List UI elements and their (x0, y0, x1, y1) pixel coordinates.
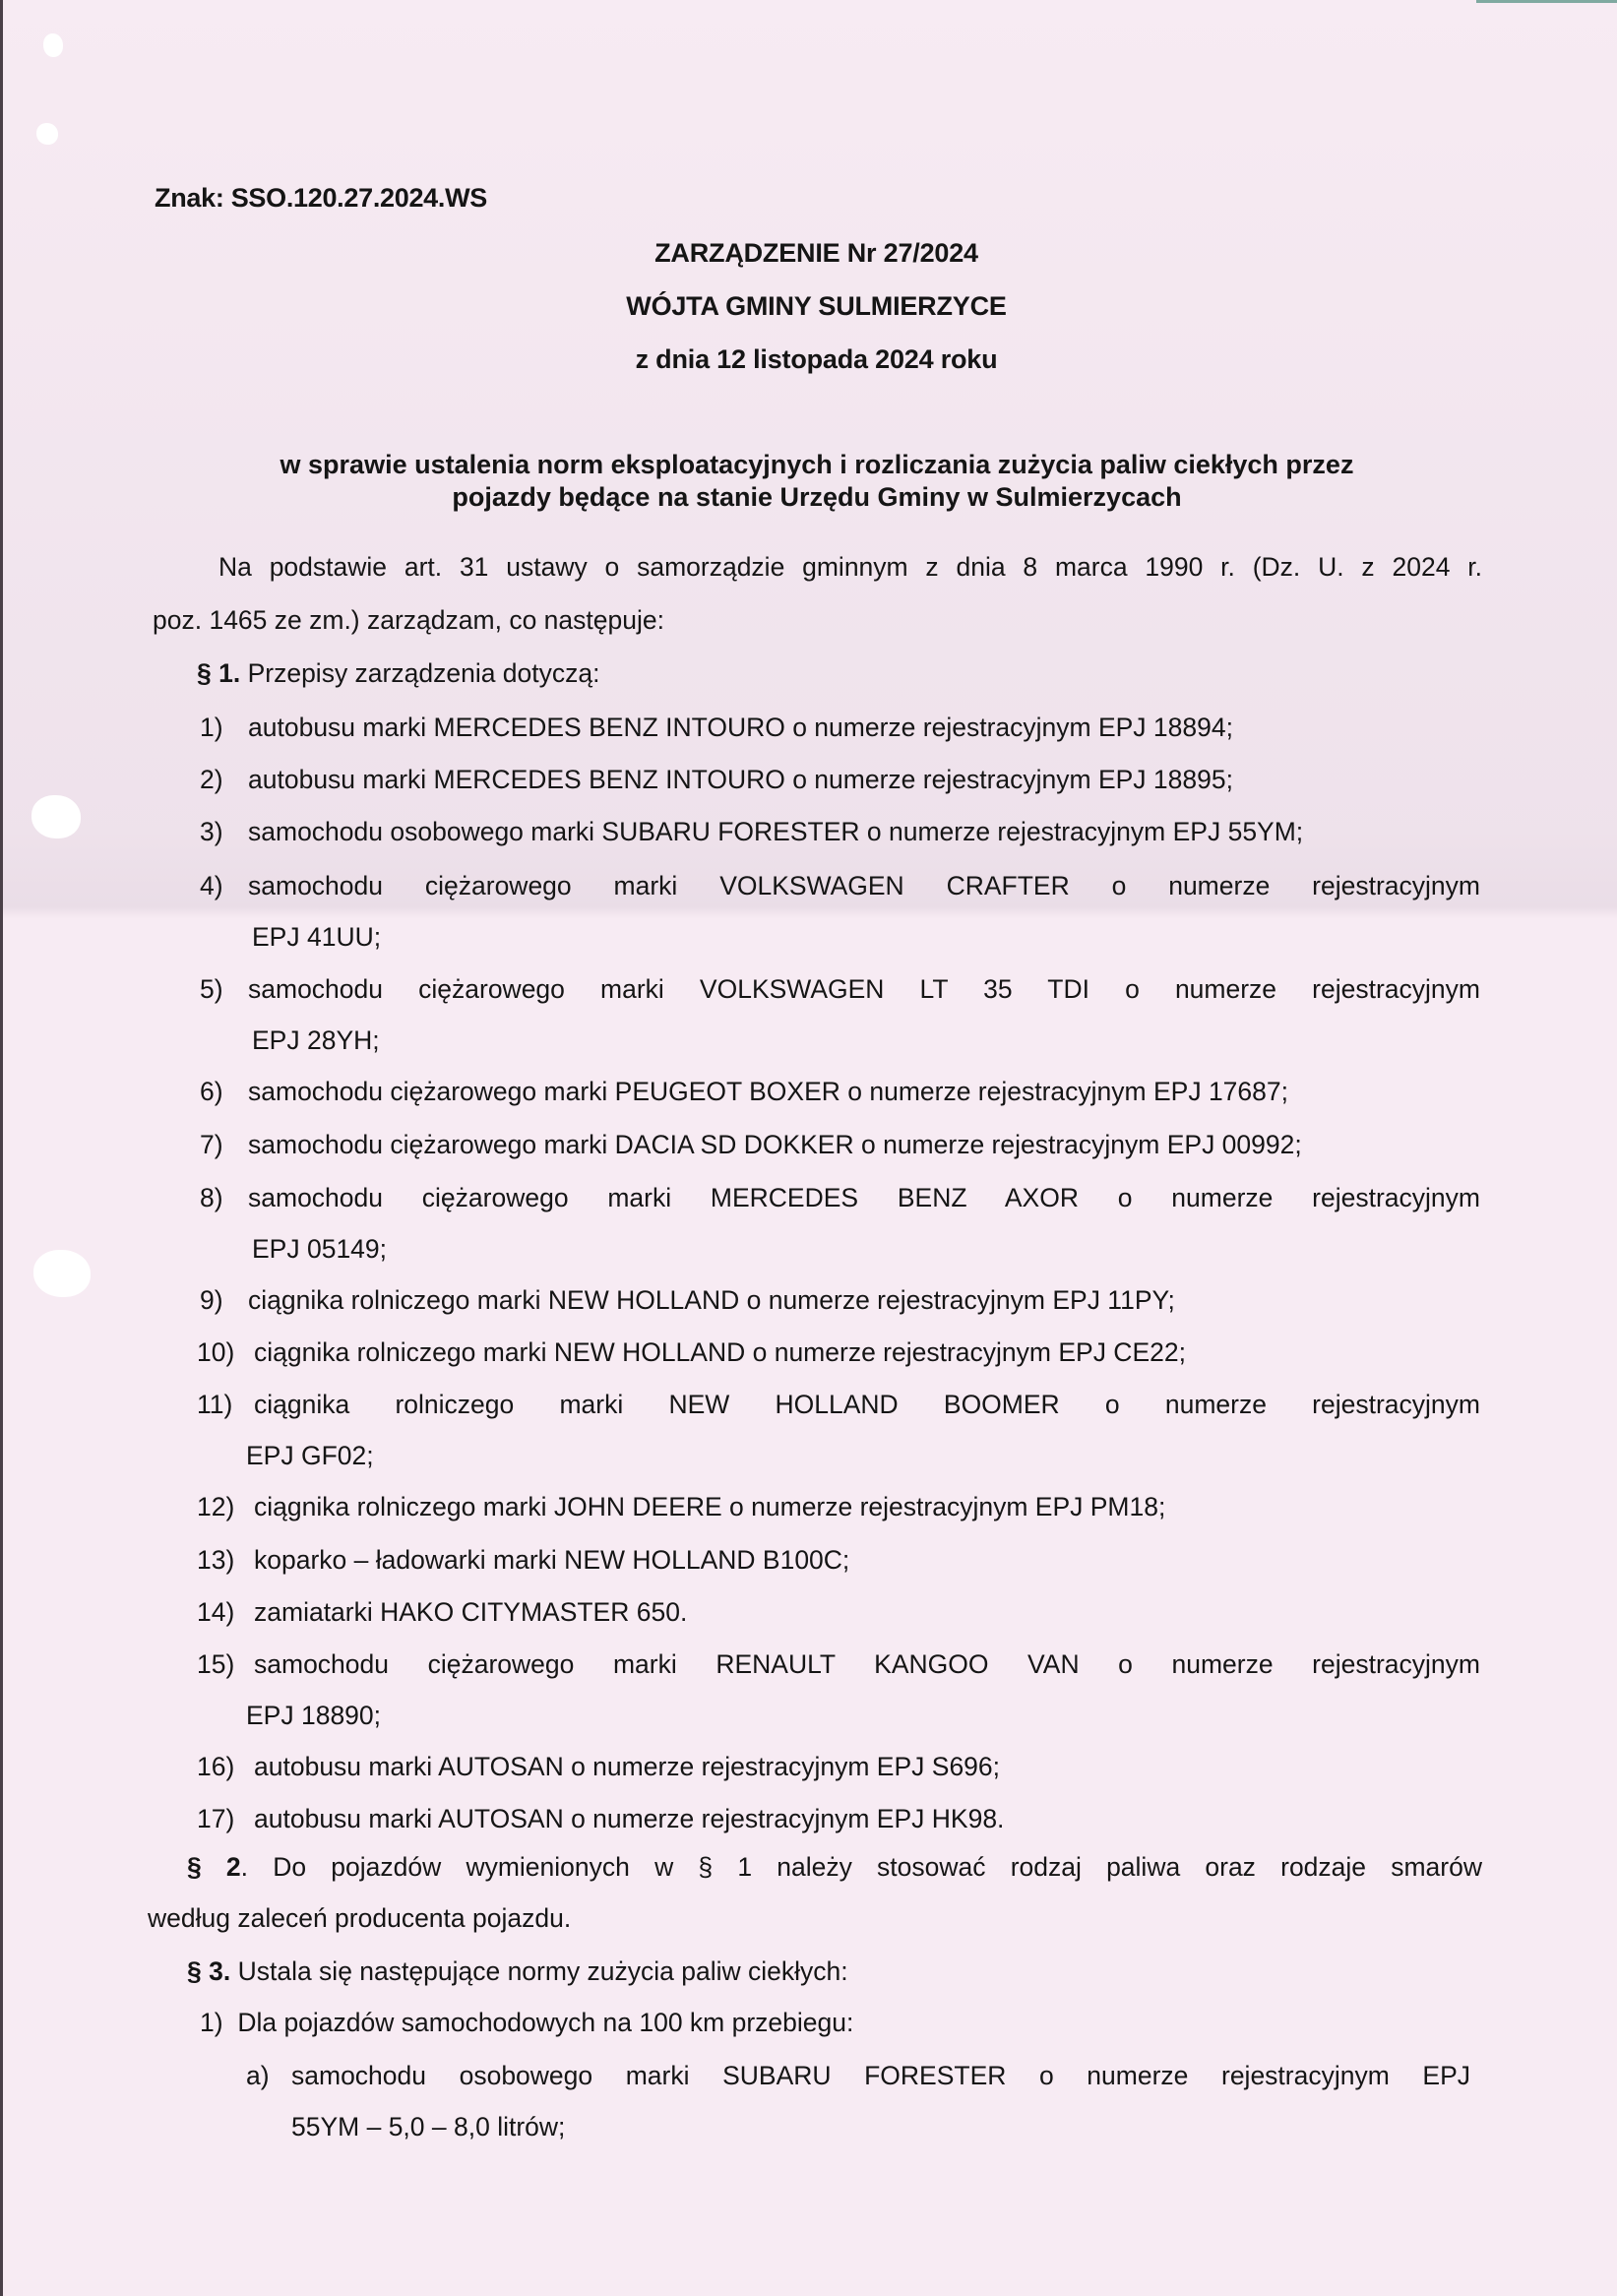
document-issuer: WÓJTA GMINY SULMIERZYCE (8, 291, 1617, 322)
section-2-line: § 2. Do pojazdów wymienionych w § 1 nale… (187, 1852, 1482, 1882)
list-item: ciągnika rolniczego marki NEW HOLLAND o … (248, 1285, 1175, 1315)
list-item-number: 8) (200, 1183, 223, 1212)
punch-hole (43, 33, 63, 57)
preamble-line: Na podstawie art. 31 ustawy o samorządzi… (218, 552, 1482, 582)
list-item-number: 15) (197, 1649, 234, 1679)
list-item-number: 4) (200, 871, 223, 900)
list-item: autobusu marki MERCEDES BENZ INTOURO o n… (248, 713, 1233, 742)
list-item: autobusu marki AUTOSAN o numerze rejestr… (254, 1804, 1004, 1833)
list-item-number: 11) (197, 1390, 232, 1419)
list-item-number: 5) (200, 974, 223, 1004)
scan-edge-top (1476, 0, 1617, 3)
punch-hole (36, 123, 58, 145)
list-item: autobusu marki MERCEDES BENZ INTOURO o n… (248, 765, 1233, 794)
subject-line: pojazdy będące na stanie Urzędu Gminy w … (157, 481, 1476, 514)
section-3-letter-item-line: 55YM – 5,0 – 8,0 litrów; (291, 2112, 565, 2141)
scanned-page: Znak: SSO.120.27.2024.WS ZARZĄDZENIE Nr … (0, 0, 1617, 2296)
list-item-number: 1) (200, 713, 223, 742)
list-item: ciągnika rolniczego marki JOHN DEERE o n… (254, 1492, 1165, 1521)
list-item: samochodu osobowego marki SUBARU FORESTE… (248, 817, 1303, 846)
list-item-number: 10) (197, 1337, 234, 1367)
list-item: samochodu ciężarowego marki RENAULT KANG… (254, 1649, 1480, 1679)
section-3-letter-item-line: samochodu osobowego marki SUBARU FORESTE… (291, 2061, 1470, 2090)
list-item: zamiatarki HAKO CITYMASTER 650. (254, 1597, 687, 1627)
list-item-number: 17) (197, 1804, 234, 1833)
scan-edge (0, 0, 3, 2296)
list-item-number: 2) (200, 765, 223, 794)
list-item: koparko – ładowarki marki NEW HOLLAND B1… (254, 1545, 849, 1575)
section-3-letter-item: a) (246, 2061, 270, 2090)
list-item-number: 9) (200, 1285, 223, 1315)
section-3-heading: § 3. Ustala się następujące normy zużyci… (187, 1956, 848, 1986)
section-3-subitem: 1) Dla pojazdów samochodowych na 100 km … (200, 2008, 853, 2037)
list-item-continuation: EPJ GF02; (246, 1441, 374, 1470)
list-item-continuation: EPJ 05149; (252, 1234, 387, 1264)
section-mark: § 1. (197, 658, 240, 688)
list-item-number: 14) (197, 1597, 234, 1627)
document-reference: Znak: SSO.120.27.2024.WS (155, 183, 487, 214)
list-item: autobusu marki AUTOSAN o numerze rejestr… (254, 1752, 1000, 1781)
punch-hole (33, 1250, 91, 1297)
subject-line: w sprawie ustalenia norm eksploatacyjnyc… (157, 449, 1476, 481)
section-heading-text: Ustala się następujące normy zużycia pal… (238, 1956, 848, 1986)
preamble-line: poz. 1465 ze zm.) zarządzam, co następuj… (153, 605, 664, 635)
list-item-number: 3) (200, 817, 223, 846)
list-item-number: 13) (197, 1545, 234, 1575)
section-2-line: według zaleceń producenta pojazdu. (148, 1903, 571, 1933)
list-item-continuation: EPJ 18890; (246, 1701, 381, 1730)
list-item: samochodu ciężarowego marki DACIA SD DOK… (248, 1130, 1302, 1159)
list-item: samochodu ciężarowego marki PEUGEOT BOXE… (248, 1077, 1288, 1106)
list-item-continuation: EPJ 41UU; (252, 922, 381, 952)
document-title: ZARZĄDZENIE Nr 27/2024 (8, 238, 1617, 269)
list-item-number: 12) (197, 1492, 234, 1521)
section-mark: § 3. (187, 1956, 230, 1986)
section-1-heading: § 1. Przepisy zarządzenia dotyczą: (197, 658, 600, 688)
list-item: samochodu ciężarowego marki VOLKSWAGEN C… (248, 871, 1480, 900)
list-item-number: 16) (197, 1752, 234, 1781)
list-item-continuation: EPJ 28YH; (252, 1025, 380, 1055)
list-item: ciągnika rolniczego marki NEW HOLLAND o … (254, 1337, 1186, 1367)
list-item: ciągnika rolniczego marki NEW HOLLAND BO… (254, 1390, 1480, 1419)
list-item-number: 7) (200, 1130, 223, 1159)
list-item-number: 6) (200, 1077, 223, 1106)
document-date: z dnia 12 listopada 2024 roku (8, 344, 1617, 375)
list-item: samochodu ciężarowego marki MERCEDES BEN… (248, 1183, 1480, 1212)
section-heading-text: Przepisy zarządzenia dotyczą: (248, 658, 600, 688)
list-item: samochodu ciężarowego marki VOLKSWAGEN L… (248, 974, 1480, 1004)
document-subject: w sprawie ustalenia norm eksploatacyjnyc… (157, 449, 1476, 514)
punch-hole (31, 795, 81, 838)
